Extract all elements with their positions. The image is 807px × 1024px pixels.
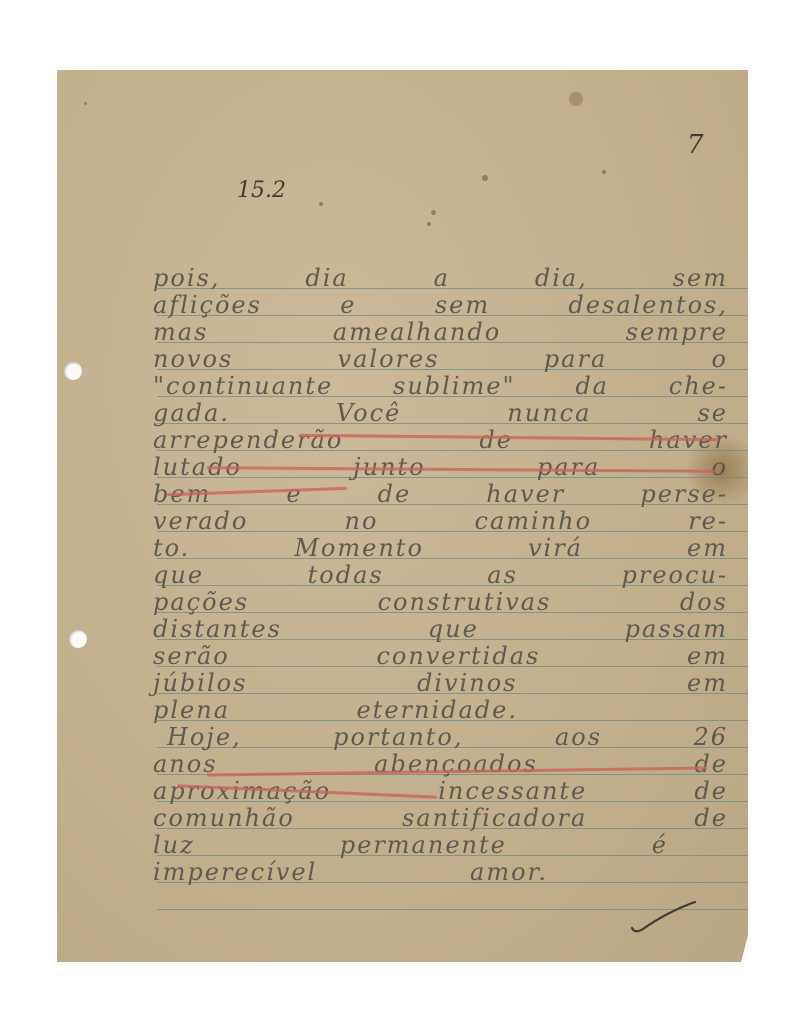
foxing-spot bbox=[84, 102, 87, 105]
reference-number: 15.2 bbox=[237, 178, 286, 203]
foxing-spot bbox=[569, 92, 583, 106]
page-number: 7 bbox=[687, 130, 704, 160]
checkmark-icon bbox=[629, 896, 699, 936]
foxing-spot bbox=[602, 170, 606, 174]
manuscript-line: bem e de haver perse- bbox=[153, 482, 728, 506]
punch-hole-bottom bbox=[69, 630, 87, 648]
manuscript-line: luz permanente é bbox=[153, 833, 668, 857]
manuscript-line: serão convertidas em bbox=[153, 644, 728, 668]
manuscript-line: pois, dia a dia, sem bbox=[153, 266, 728, 290]
manuscript-line: pações construtivas dos bbox=[153, 590, 728, 614]
manuscript-line: aflições e sem desalentos, bbox=[153, 293, 728, 317]
manuscript-line: júbilos divinos em bbox=[153, 671, 728, 695]
manuscript-line: gada. Você nunca se bbox=[153, 401, 728, 425]
manuscript-line: comunhão santificadora de bbox=[153, 806, 728, 830]
manuscript-line: plena eternidade. bbox=[153, 698, 518, 722]
manuscript-line: imperecível amor. bbox=[153, 860, 548, 884]
manuscript-line: mas amealhando sempre bbox=[153, 320, 728, 344]
manuscript-line: que todas as preocu- bbox=[153, 563, 728, 587]
manuscript-line: verado no caminho re- bbox=[153, 509, 728, 533]
foxing-spot bbox=[319, 202, 323, 206]
manuscript-line: aproximação incessante de bbox=[153, 779, 728, 803]
foxing-spot bbox=[431, 210, 436, 215]
foxing-spot bbox=[427, 222, 431, 226]
manuscript-line: novos valores para o bbox=[153, 347, 728, 371]
manuscript-page: 15.2 7 pois, dia a dia, sem aflições e s… bbox=[57, 70, 748, 962]
manuscript-line: to. Momento virá em bbox=[153, 536, 728, 560]
foxing-spot bbox=[482, 175, 488, 181]
punch-hole-top bbox=[64, 362, 82, 380]
manuscript-line: "continuante sublime" da che- bbox=[153, 374, 728, 398]
manuscript-line: Hoje, portanto, aos 26 bbox=[167, 725, 728, 749]
manuscript-line: distantes que passam bbox=[153, 617, 728, 641]
